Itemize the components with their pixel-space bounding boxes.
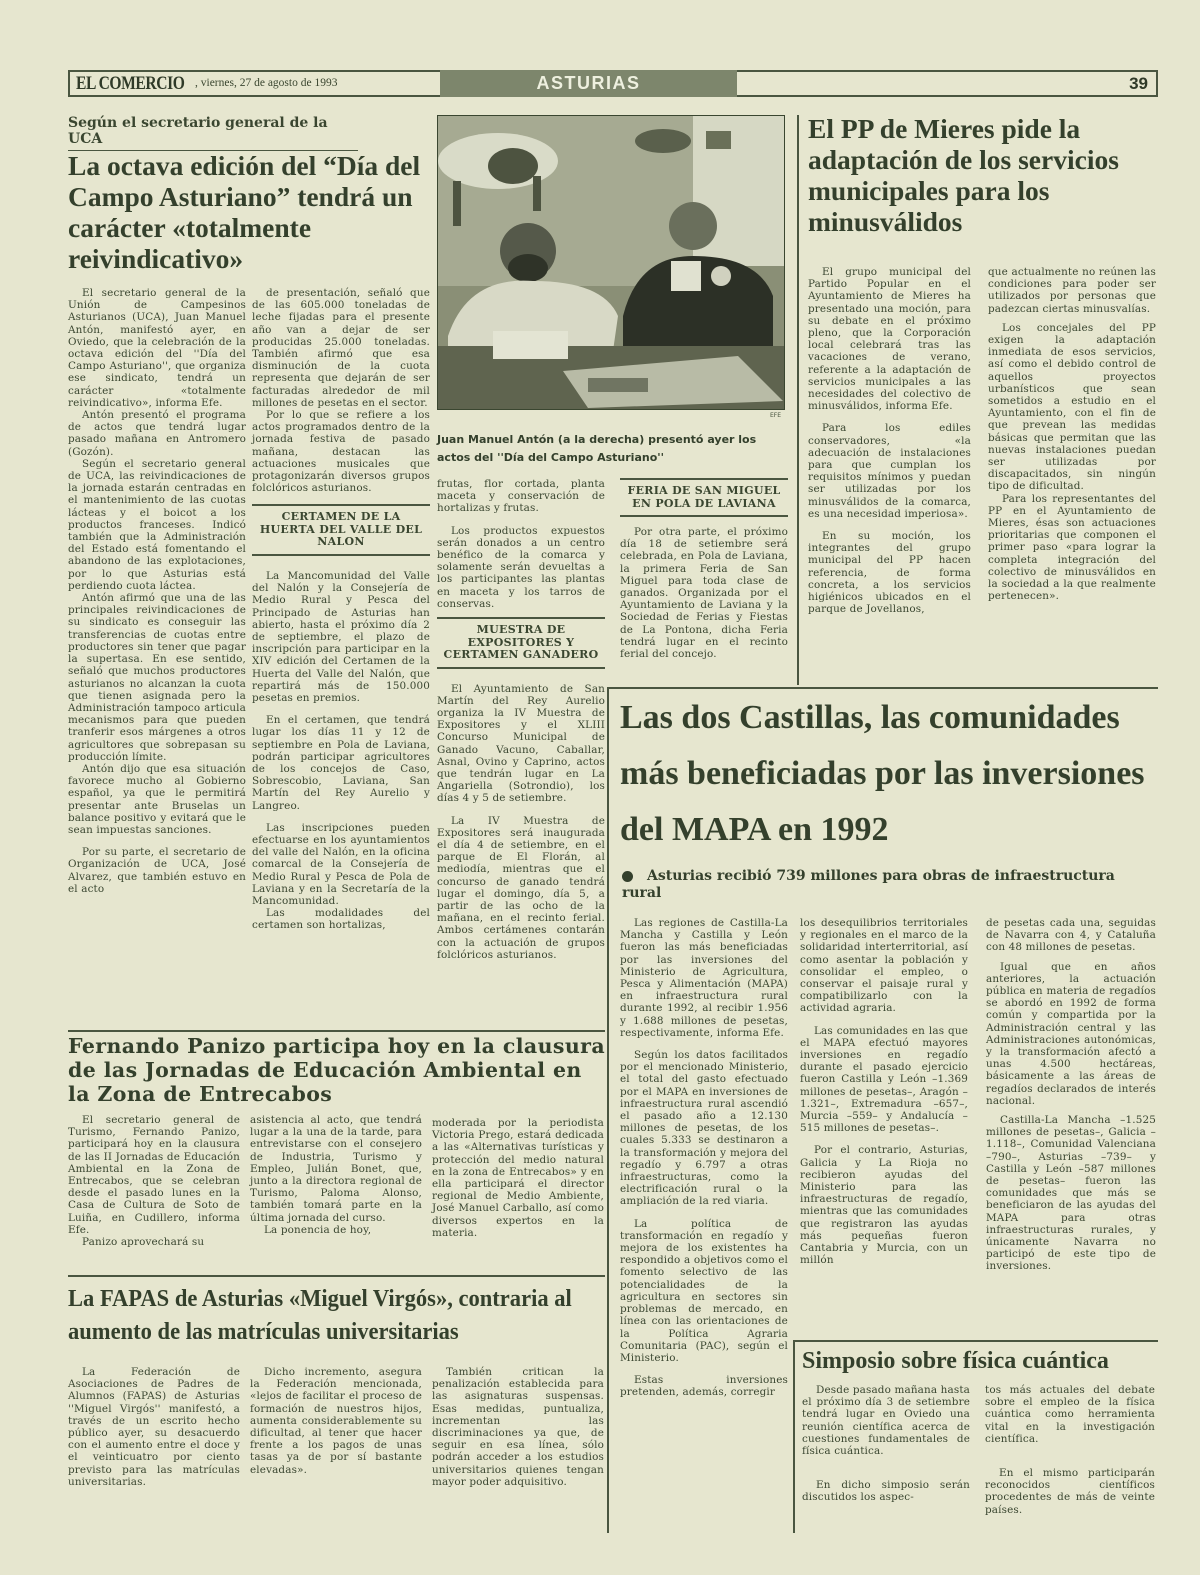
paragraph: Desde pasado mañana hasta el próximo día… — [802, 1384, 970, 1457]
section-rule — [68, 1275, 605, 1277]
paragraph: Para los ediles conservadores, «la adecu… — [808, 422, 971, 520]
photo-image-icon — [438, 116, 785, 410]
paragraph: tos más actuales del debate sobre el emp… — [985, 1384, 1155, 1445]
paragraph: Según los datos facilitados por el menci… — [620, 1049, 788, 1208]
article-castillas-headline: Las dos Castillas, las comunidades más b… — [620, 690, 1160, 858]
paragraph: Las regiones de Castilla-La Mancha y Cas… — [620, 917, 788, 1039]
article-uca-kicker: Según el secretario general de la UCA — [68, 115, 358, 151]
issue-date: , viernes, 27 de agosto de 1993 — [195, 77, 337, 89]
paragraph: los desequilibrios territoriales y regio… — [800, 917, 968, 1015]
newspaper-logo: EL COMERCIO — [76, 73, 184, 95]
paragraph: Por el contrario, Asturias, Galicia y La… — [800, 1144, 968, 1266]
article-fapas-headline: La FAPAS de Asturias «Miguel Virgós», co… — [68, 1282, 611, 1348]
paragraph: La ponencia de hoy, — [250, 1224, 422, 1236]
article-pp-headline: El PP de Mieres pide la adaptación de lo… — [808, 113, 1153, 237]
page-number: 39 — [1129, 74, 1148, 94]
paragraph: La Mancomunidad del Valle del Nalón y la… — [252, 570, 430, 704]
paragraph: Panizo aprovechará su — [68, 1236, 240, 1248]
article-panizo-col2: asistencia al acto, que tendrá lugar a l… — [250, 1114, 422, 1236]
section-rule — [68, 1030, 605, 1032]
paragraph: Castilla-La Mancha –1.525 millones de pe… — [986, 1114, 1156, 1273]
paragraph: El grupo municipal del Partido Popular e… — [808, 266, 971, 412]
article-uca-col3: frutas, flor cortada, planta maceta y co… — [437, 478, 605, 961]
bullet-icon — [622, 871, 633, 882]
paragraph: En su moción, los integrantes del grupo … — [808, 530, 971, 615]
article-castillas-col3: de pesetas cada una, seguidas de Navarra… — [986, 917, 1156, 1273]
paragraph: asistencia al acto, que tendrá lugar a l… — [250, 1114, 422, 1224]
article-uca-col1: El secretario general de la Unión de Cam… — [68, 287, 246, 895]
section-rule — [795, 1340, 1158, 1342]
paragraph: La Federación de Asociaciones de Padres … — [68, 1366, 240, 1488]
column-rule — [797, 115, 799, 685]
paragraph: Estas inversiones pretenden, además, cor… — [620, 1374, 788, 1398]
section-rule — [607, 687, 1158, 689]
paragraph: Las inscripciones pueden efectuarse en l… — [252, 822, 430, 907]
section-title: ASTURIAS — [440, 70, 737, 97]
paragraph: Por su parte, el secretario de Organizac… — [68, 846, 246, 895]
paragraph: En el mismo participarán reconocidos cie… — [985, 1467, 1155, 1516]
paragraph: Las comunidades en las que el MAPA efect… — [800, 1025, 968, 1135]
deck-text: Asturias recibió 739 millones para obras… — [622, 868, 1115, 901]
article-castillas-deck: Asturias recibió 739 millones para obras… — [622, 868, 1142, 902]
paragraph: Las modalidades del certamen son hortali… — [252, 907, 430, 931]
paragraph: El secretario general de Turismo, Fernan… — [68, 1114, 240, 1236]
paragraph: En el certamen, que tendrá lugar los día… — [252, 714, 430, 812]
paragraph: También critican la penalización estable… — [432, 1366, 604, 1488]
paragraph: Para los representantes del PP en el Ayu… — [988, 493, 1156, 603]
paragraph: El secretario general de la Unión de Cam… — [68, 287, 246, 409]
paragraph: Los concejales del PP exigen la adaptaci… — [988, 322, 1156, 493]
article-fapas-col3: También critican la penalización estable… — [432, 1366, 604, 1488]
column-rule — [793, 1340, 795, 1533]
paragraph: Por otra parte, el próximo día 18 de set… — [620, 526, 788, 660]
kicker: Según el secretario general de la UCA — [68, 115, 358, 151]
article-castillas-col2: los desequilibrios territoriales y regio… — [800, 917, 968, 1266]
article-uca-headline: La octava edición del “Día del Campo Ast… — [68, 150, 428, 274]
paragraph: Dicho incremento, asegura la Federación … — [250, 1366, 422, 1476]
paragraph: En dicho simposio serán discutidos los a… — [802, 1479, 970, 1503]
article-pp-col1: El grupo municipal del Partido Popular e… — [808, 266, 971, 615]
paragraph: Los productos expuestos serán donados a … — [437, 525, 605, 610]
article-uca-col4: FERIA DE SAN MIGUEL EN POLA DE LAVIANA P… — [620, 478, 788, 660]
paragraph: que actualmente no reúnen las condicione… — [988, 266, 1156, 315]
article-panizo-headline: Fernando Panizo participa hoy en la clau… — [68, 1034, 608, 1106]
paragraph: Antón presentó el programa de actos que … — [68, 409, 246, 458]
article-castillas-col1: Las regiones de Castilla-La Mancha y Cas… — [620, 917, 788, 1399]
masthead: EL COMERCIO , viernes, 27 de agosto de 1… — [68, 70, 1158, 97]
column-rule — [607, 688, 609, 1533]
paragraph: Según el secretario general de UCA, las … — [68, 458, 246, 592]
paragraph: Antón dijo que esa situación favorece mu… — [68, 763, 246, 836]
press-conference-photo — [437, 115, 785, 410]
article-pp-col2: que actualmente no reúnen las condicione… — [988, 266, 1156, 602]
paragraph: Igual que en años anteriores, la actuaci… — [986, 961, 1156, 1107]
article-panizo-col1: El secretario general de Turismo, Fernan… — [68, 1114, 240, 1248]
paragraph: El Ayuntamiento de San Martín del Rey Au… — [437, 683, 605, 805]
article-uca-col2: de presentación, señaló que de las 605.0… — [252, 287, 430, 932]
paragraph: La IV Muestra de Expositores será inaugu… — [437, 815, 605, 961]
photo-caption: Juan Manuel Antón (a la derecha) present… — [437, 431, 787, 467]
paragraph: frutas, flor cortada, planta maceta y co… — [437, 478, 605, 515]
subhead-muestra: MUESTRA DE EXPOSITORES Y CERTAMEN GANADE… — [437, 617, 605, 669]
paragraph: de presentación, señaló que de las 605.0… — [252, 287, 430, 409]
paragraph: moderada por la periodista Victoria Preg… — [432, 1117, 604, 1239]
article-simposio-col1: Desde pasado mañana hasta el próximo día… — [802, 1384, 970, 1504]
article-fapas-col2: Dicho incremento, asegura la Federación … — [250, 1366, 422, 1476]
article-simposio-col2: tos más actuales del debate sobre el emp… — [985, 1384, 1155, 1516]
article-simposio-headline: Simposio sobre física cuántica — [802, 1346, 1162, 1376]
paragraph: Por lo que se refiere a los actos progra… — [252, 409, 430, 494]
article-panizo-col3: moderada por la periodista Victoria Preg… — [432, 1117, 604, 1239]
subhead-feria: FERIA DE SAN MIGUEL EN POLA DE LAVIANA — [620, 478, 788, 517]
paragraph: Antón afirmó que una de las principales … — [68, 592, 246, 763]
paragraph: La política de transformación en regadío… — [620, 1218, 788, 1364]
paragraph: de pesetas cada una, seguidas de Navarra… — [986, 917, 1156, 954]
subhead-certamen: CERTAMEN DE LA HUERTA DEL VALLE DEL NALO… — [252, 504, 430, 556]
photo-credit: EFE — [770, 412, 781, 419]
article-fapas-col1: La Federación de Asociaciones de Padres … — [68, 1366, 240, 1488]
